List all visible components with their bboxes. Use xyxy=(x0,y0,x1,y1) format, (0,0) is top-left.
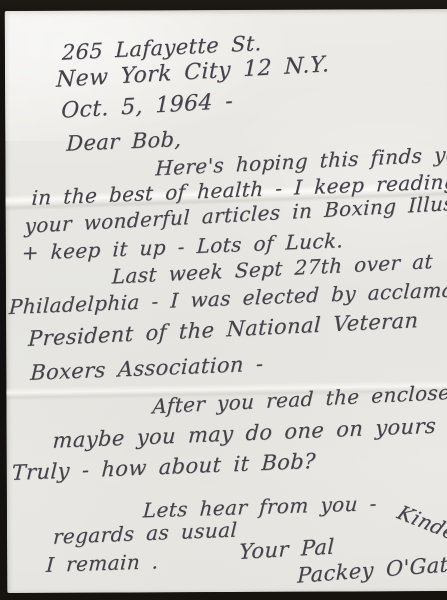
body-line-9: After you read the enclosed xyxy=(152,379,447,418)
body-line-13-kindest: Kindest xyxy=(393,501,447,552)
closing-line: Your Pal xyxy=(239,535,335,564)
body-line-15: I remain . xyxy=(45,549,159,576)
letter-photo: 265 Lafayette St. New York City 12 N.Y. … xyxy=(0,0,447,600)
body-line-8: Boxers Association - xyxy=(30,352,264,385)
body-line-14: regards as usual xyxy=(52,517,237,548)
body-line-12: Lets hear from you - xyxy=(142,491,377,522)
body-line-11: Truly - how about it Bob? xyxy=(11,449,316,485)
letter-paper: 265 Lafayette St. New York City 12 N.Y. … xyxy=(5,9,447,593)
salutation: Dear Bob, xyxy=(66,127,182,156)
body-line-10: maybe you may do one on yours xyxy=(52,414,437,453)
date-line: Oct. 5, 1964 - xyxy=(61,89,233,124)
